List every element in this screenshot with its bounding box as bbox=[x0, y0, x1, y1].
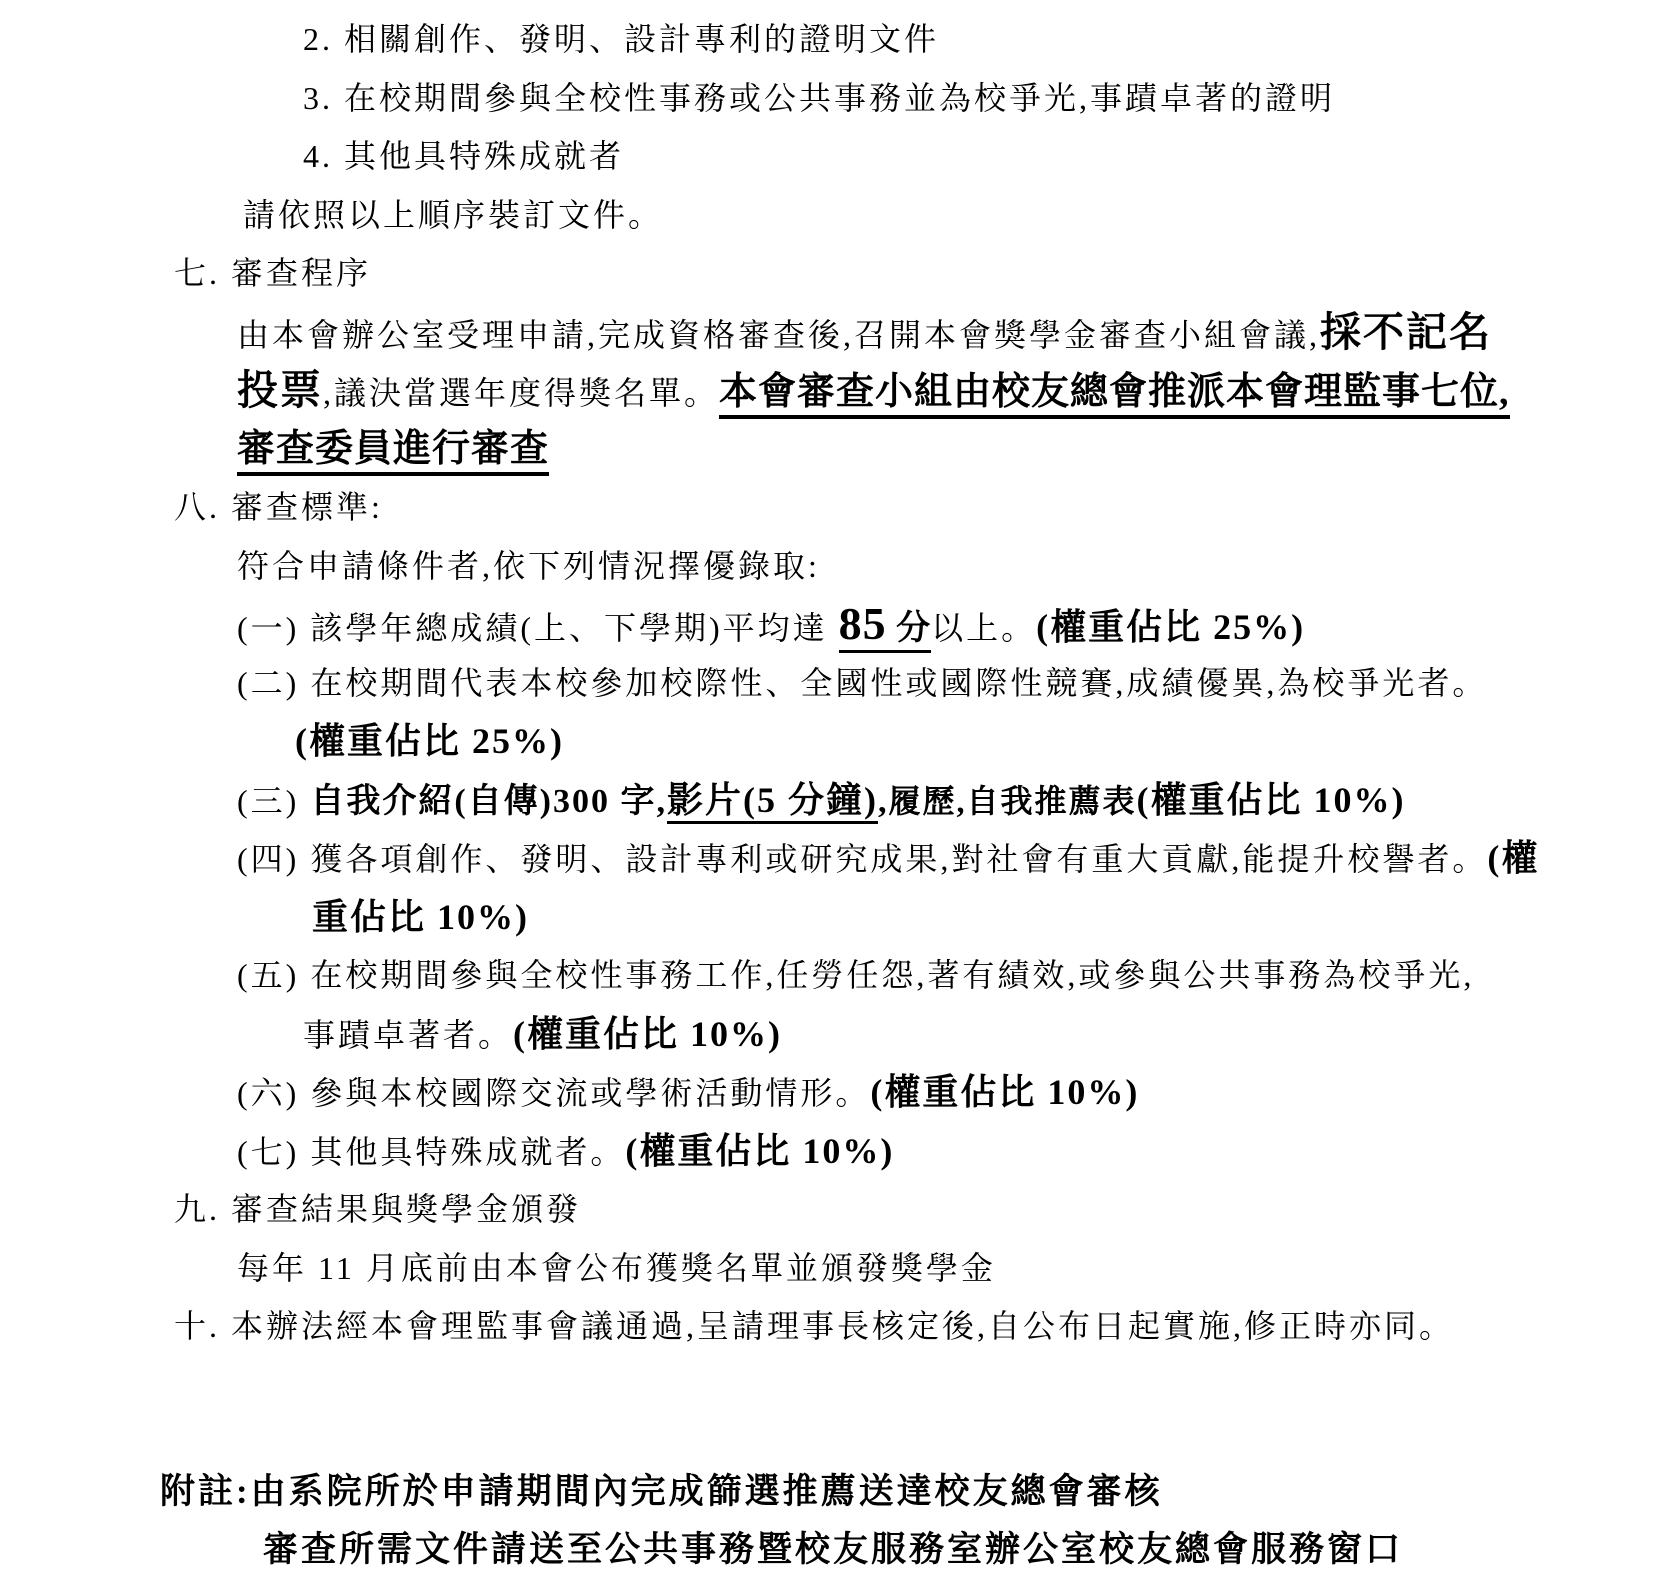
section-10-text: 十. 本辦法經本會理監事會議通過,呈請理事長核定後,自公布日起實施,修正時亦同。 bbox=[174, 1308, 1454, 1344]
attachment-item-2: 2. 相關創作、發明、設計專利的證明文件 bbox=[0, 10, 1654, 69]
section-7-paragraph-line-2: 投票,議決當選年度得獎名單。本會審查小組由校友總會推派本會理監事七位, bbox=[0, 361, 1654, 420]
criterion-1-pre: (一) 該學年總成績(上、下學期)平均達 bbox=[237, 610, 839, 646]
section-8-heading: 八. 審查標準: bbox=[0, 478, 1654, 537]
section-8-heading-text: 八. 審查標準: bbox=[174, 489, 383, 525]
section-7-paragraph-line-3: 審查委員進行審查 bbox=[0, 420, 1654, 479]
criterion-1-weight: (權重佔比 25%) bbox=[1036, 607, 1305, 647]
criterion-3-comma: , bbox=[878, 783, 889, 820]
section-10: 十. 本辦法經本會理監事會議通過,呈請理事長核定後,自公布日起實施,修正時亦同。 bbox=[0, 1297, 1654, 1356]
binding-instruction-text: 請依照以上順序裝訂文件。 bbox=[243, 197, 663, 233]
criterion-5: (五) 在校期間參與全校性事務工作,任勞任怨,著有績效,或參與公共事務為校爭光, bbox=[0, 946, 1654, 1005]
criterion-2: (二) 在校期間代表本校參加校際性、全國性或國際性競賽,成績優異,為校爭光者。 bbox=[0, 654, 1654, 713]
footnote-line-1: 附註:由系院所於申請期間內完成篩選推薦送達校友總會審核 bbox=[0, 1463, 1654, 1522]
document-page: 2. 相關創作、發明、設計專利的證明文件 3. 在校期間參與全校性事務或公共事務… bbox=[0, 0, 1654, 1576]
section-7-line-2-underlined: 本會審查小組由校友總會推派本會理監事七位, bbox=[719, 371, 1510, 419]
criterion-7: (七) 其他具特殊成就者。(權重佔比 10%) bbox=[0, 1122, 1654, 1181]
criterion-4-text: (四) 獲各項創作、發明、設計專利或研究成果,對社會有重大貢獻,能提升校譽者。 bbox=[237, 841, 1487, 877]
section-7-paragraph-line-1: 由本會辦公室受理申請,完成資格審查後,召開本會獎學金審查小組會議,採不記名 bbox=[0, 303, 1654, 362]
section-9-body-text: 每年 11 月底前由本會公布獲獎名單並頒發獎學金 bbox=[237, 1250, 996, 1286]
footnote-line-2: 審查所需文件請送至公共事務暨校友服務室辦公室校友總會服務窗口 bbox=[0, 1521, 1654, 1576]
criterion-5-weight: (權重佔比 10%) bbox=[513, 1014, 782, 1054]
criterion-1-score-number: 85 bbox=[839, 598, 887, 649]
section-9-heading-text: 九. 審查結果與獎學金頒發 bbox=[174, 1191, 581, 1227]
attachment-item-4-text: 4. 其他具特殊成就者 bbox=[303, 138, 624, 174]
section-8-intro: 符合申請條件者,依下列情況擇優錄取: bbox=[0, 537, 1654, 596]
criterion-2-text: (二) 在校期間代表本校參加校際性、全國性或國際性競賽,成績優異,為校爭光者。 bbox=[237, 665, 1487, 701]
criterion-1-score: 85 分 bbox=[839, 598, 932, 653]
criterion-4: (四) 獲各項創作、發明、設計專利或研究成果,對社會有重大貢獻,能提升校譽者。(… bbox=[0, 829, 1654, 888]
section-7-heading: 七. 審查程序 bbox=[0, 244, 1654, 303]
criterion-3-resume-bold: 履歷,自我推薦表 bbox=[888, 783, 1136, 819]
footnote-line-1-text: 附註:由系院所於申請期間內完成篩選推薦送達校友總會審核 bbox=[160, 1472, 1163, 1511]
attachment-item-3: 3. 在校期間參與全校性事務或公共事務並為校爭光,事蹟卓著的證明 bbox=[0, 69, 1654, 128]
criterion-7-text: (七) 其他具特殊成就者。 bbox=[237, 1134, 625, 1170]
criterion-3-marker: (三) bbox=[237, 783, 310, 819]
attachment-item-2-text: 2. 相關創作、發明、設計專利的證明文件 bbox=[303, 21, 939, 57]
footnote-line-2-text: 審查所需文件請送至公共事務暨校友服務室辦公室校友總會服務窗口 bbox=[263, 1530, 1403, 1569]
criterion-1: (一) 該學年總成績(上、下學期)平均達 85 分以上。(權重佔比 25%) bbox=[0, 595, 1654, 654]
criterion-1-score-unit: 分 bbox=[887, 610, 932, 647]
section-7-line-3-underlined: 審查委員進行審查 bbox=[237, 428, 549, 476]
attachment-item-4: 4. 其他具特殊成就者 bbox=[0, 127, 1654, 186]
criterion-3-intro-bold: 自我介紹(自傳)300 字, bbox=[310, 783, 667, 820]
criterion-3-weight: (權重佔比 10%) bbox=[1136, 780, 1405, 820]
criterion-3: (三) 自我介紹(自傳)300 字,影片(5 分鐘),履歷,自我推薦表(權重佔比… bbox=[0, 771, 1654, 830]
section-7-line-2-bold: 投票 bbox=[237, 367, 323, 413]
vertical-gap bbox=[0, 1356, 1654, 1463]
criterion-5-continuation: 事蹟卓著者。(權重佔比 10%) bbox=[0, 1005, 1654, 1064]
criterion-1-post: 以上。 bbox=[931, 610, 1036, 646]
criterion-6: (六) 參與本校國際交流或學術活動情形。(權重佔比 10%) bbox=[0, 1063, 1654, 1122]
criterion-3-video-underlined: 影片(5 分鐘) bbox=[667, 780, 878, 824]
criterion-6-text: (六) 參與本校國際交流或學術活動情形。 bbox=[237, 1075, 870, 1111]
section-8-intro-text: 符合申請條件者,依下列情況擇優錄取: bbox=[237, 548, 820, 584]
section-7-line-1-bold: 採不記名 bbox=[1320, 309, 1492, 355]
section-9-body: 每年 11 月底前由本會公布獲獎名單並頒發獎學金 bbox=[0, 1239, 1654, 1298]
section-9-heading: 九. 審查結果與獎學金頒發 bbox=[0, 1180, 1654, 1239]
criterion-4-weight-open: (權 bbox=[1487, 838, 1539, 878]
section-7-heading-text: 七. 審查程序 bbox=[174, 255, 371, 291]
criterion-4-weight-rest: 重佔比 10%) bbox=[312, 897, 529, 937]
criterion-7-weight: (權重佔比 10%) bbox=[625, 1131, 894, 1171]
binding-instruction: 請依照以上順序裝訂文件。 bbox=[0, 186, 1654, 245]
criterion-6-weight: (權重佔比 10%) bbox=[870, 1072, 1139, 1112]
section-7-line-2-regular: ,議決當選年度得獎名單。 bbox=[323, 375, 719, 411]
criterion-5-cont-text: 事蹟卓著者。 bbox=[303, 1017, 513, 1053]
criterion-5-text: (五) 在校期間參與全校性事務工作,任勞任怨,著有績效,或參與公共事務為校爭光, bbox=[237, 957, 1474, 993]
criterion-4-weight-continuation: 重佔比 10%) bbox=[0, 888, 1654, 947]
criterion-2-weight-text: (權重佔比 25%) bbox=[295, 721, 564, 761]
attachment-item-3-text: 3. 在校期間參與全校性事務或公共事務並為校爭光,事蹟卓著的證明 bbox=[303, 80, 1335, 116]
criterion-2-weight: (權重佔比 25%) bbox=[0, 712, 1654, 771]
section-7-line-1-regular: 由本會辦公室受理申請,完成資格審查後,召開本會獎學金審查小組會議, bbox=[237, 317, 1320, 353]
